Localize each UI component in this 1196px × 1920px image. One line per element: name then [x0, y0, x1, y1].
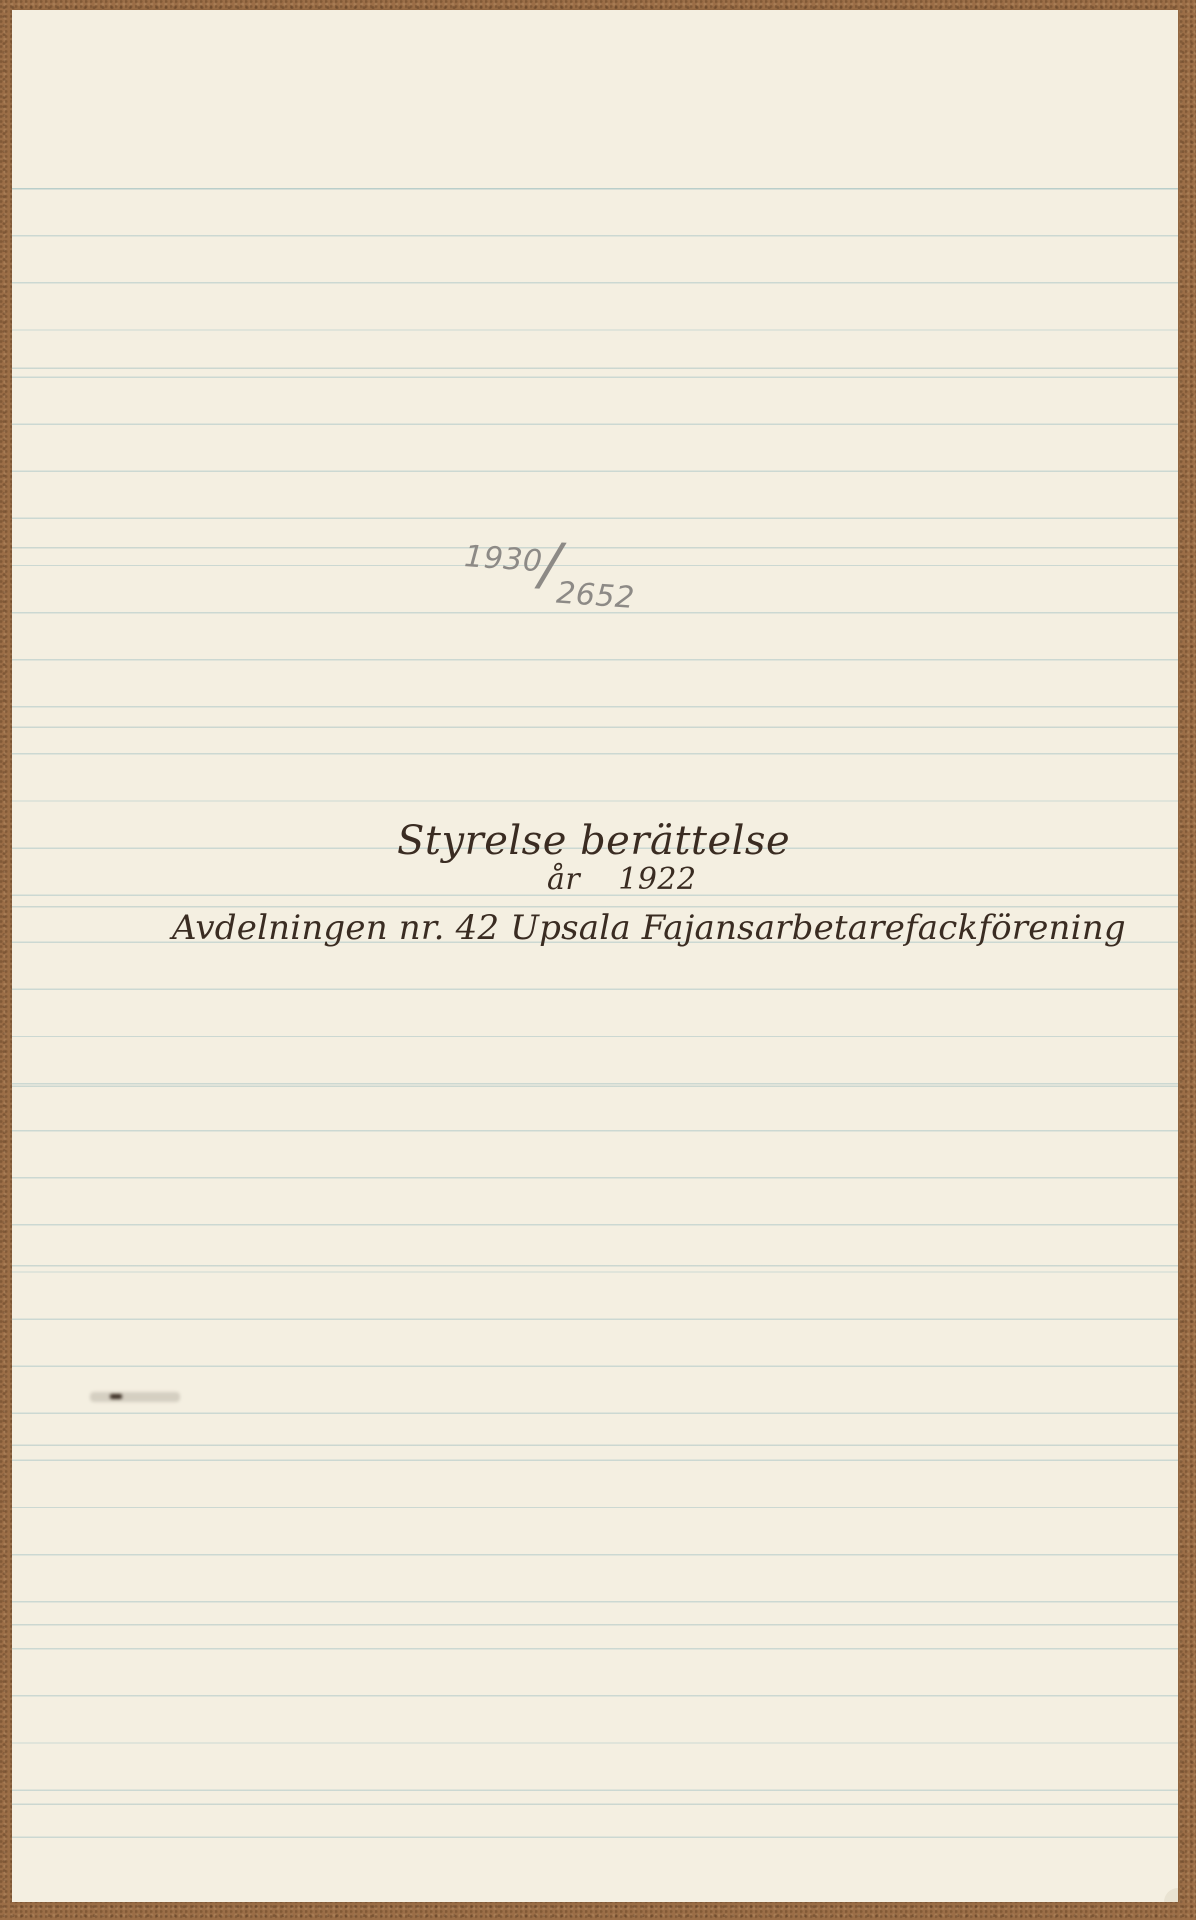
document-subtitle: Avdelningen nr. 42 Upsala Fajansarbetare… [172, 908, 1126, 948]
archive-number-id: 2652 [555, 576, 636, 616]
archive-number: 1930/2652 [462, 524, 639, 604]
archive-number-year: 1930 [463, 539, 544, 579]
document-title: Styrelse berättelse [397, 818, 790, 864]
year-value: 1922 [618, 862, 696, 897]
ruled-lines [12, 188, 1178, 1862]
page-corner [1164, 1888, 1178, 1902]
ink-blot [110, 1394, 122, 1399]
year-prefix: år [547, 862, 580, 897]
margin-pencil-mark [90, 1392, 180, 1402]
year-line: år1922 [547, 862, 697, 897]
document-page: 1930/2652 Styrelse berättelse år1922 Avd… [12, 10, 1178, 1902]
